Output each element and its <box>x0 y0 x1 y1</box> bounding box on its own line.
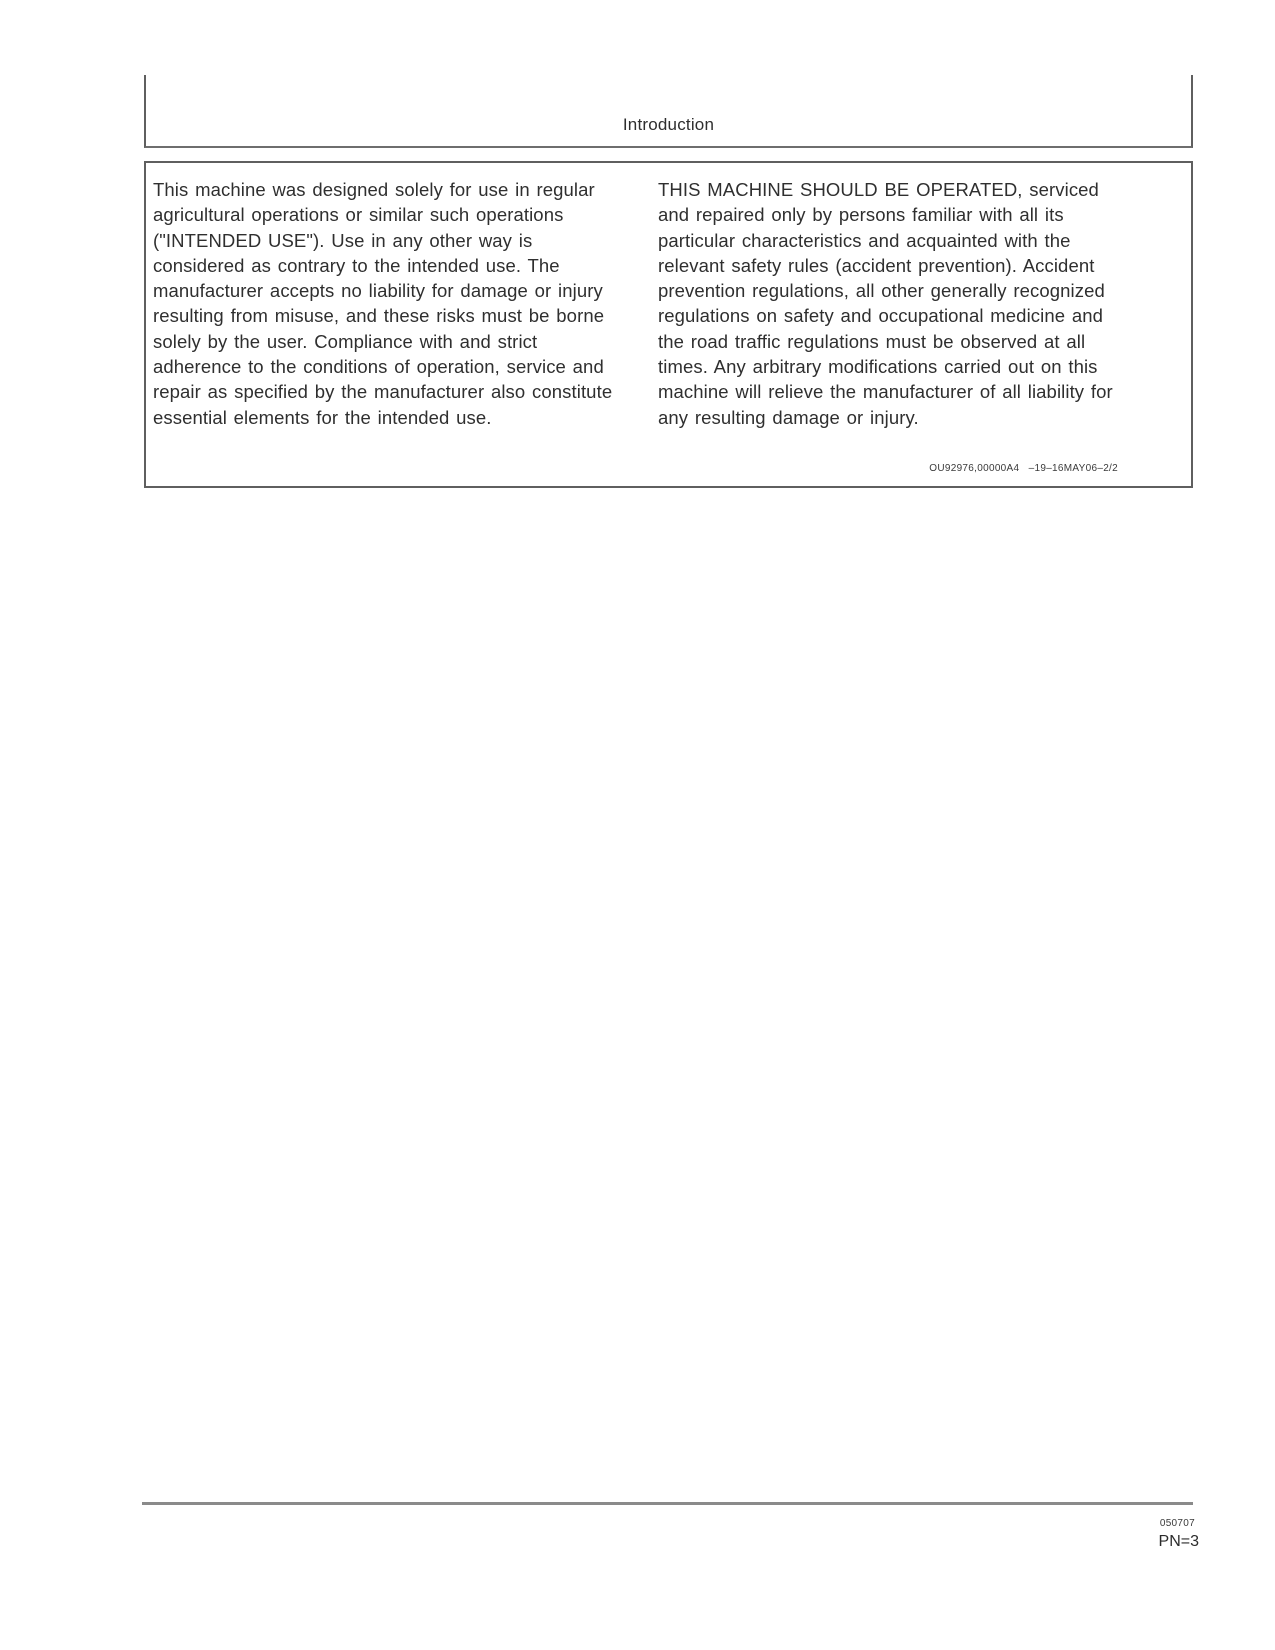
page-title: Introduction <box>623 115 714 135</box>
header-section: Introduction <box>144 75 1193 148</box>
left-column-paragraph: This machine was designed solely for use… <box>153 177 653 430</box>
footer-page-number: PN=3 <box>1159 1533 1199 1551</box>
footer-divider <box>142 1502 1193 1505</box>
footer-date-code: 050707 <box>1160 1518 1195 1529</box>
right-column-paragraph: THIS MACHINE SHOULD BE OPERATED, service… <box>658 177 1158 430</box>
manual-page: Introduction This machine was designed s… <box>0 0 1275 1650</box>
intended-use-section: This machine was designed solely for use… <box>144 161 1193 488</box>
reference-code: OU92976,00000A4 –19–16MAY06–2/2 <box>929 463 1118 474</box>
